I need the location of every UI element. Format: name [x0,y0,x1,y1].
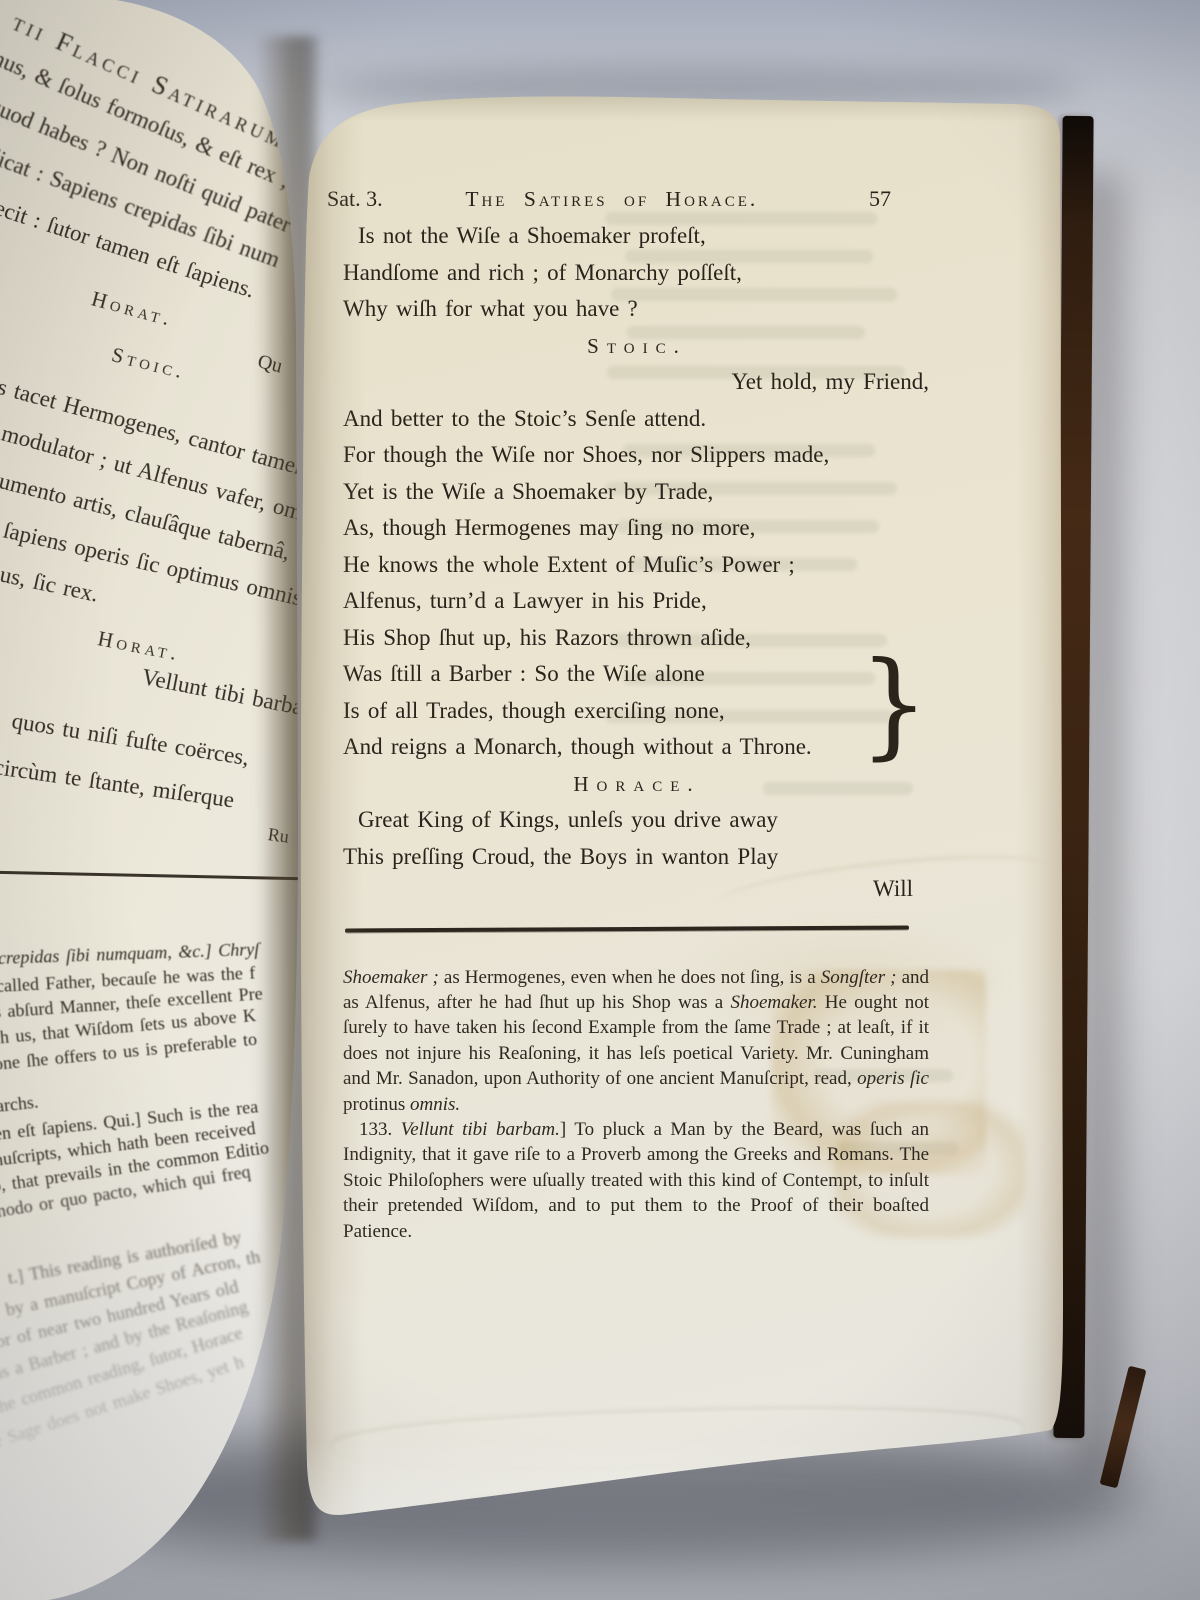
verse-line: Was ſtill a Barber : So the Wiſe alone [343,656,931,693]
footnote-italic-text: Vellunt tibi barbam. [401,1119,560,1140]
verse-line: Yet hold, my Friend, [343,364,931,401]
running-title: The Satires of Horace. [383,187,841,212]
footnote-rule [345,926,909,932]
footnote-italic-text: omnis. [410,1094,460,1115]
footnote-italic-text: Songſter ; [821,967,897,988]
verse-line: He knows the whole Extent of Muſic’s Pow… [343,547,931,584]
footnote-paragraph: 133. Vellunt tibi barbam.] To pluck a Ma… [343,1117,929,1244]
verse-block: Is not the Wiſe a Shoemaker profeſt,Hand… [343,218,931,875]
fore-edge-shading [1017,94,1065,1534]
footnote-text: as Hermogenes, even when he does not ſin… [439,967,821,988]
right-page-text: Sat. 3. The Satires of Horace. 57 Is not… [343,186,931,1244]
verse-line: His Shop ſhut up, his Razors thrown aſid… [343,620,931,657]
verse-line: This preſſing Croud, the Boys in wanton … [343,839,931,876]
footnote-italic-text: operis ſic [857,1068,929,1089]
verse-line: Is not the Wiſe a Shoemaker profeſt, [343,218,931,255]
verse-line: Yet is the Wiſe a Shoemaker by Trade, [343,474,931,511]
speaker-heading: Stoic. [343,328,931,365]
verse-line: Why wiſh for what you have ? [343,291,931,328]
verse-line: And reigns a Monarch, though without a T… [343,729,931,766]
right-page: Sat. 3. The Satires of Horace. 57 Is not… [293,94,1065,1534]
catchword: Will [343,876,931,902]
speaker-heading: Horace. [343,766,931,803]
left-page-line: Stoic. [109,342,188,385]
footnote-paragraph: Shoemaker ; as Hermogenes, even when he … [343,965,929,1117]
footnotes-block: Shoemaker ; as Hermogenes, even when he … [343,965,929,1244]
verse-line: For though the Wiſe nor Shoes, nor Slipp… [343,437,931,474]
footnote-italic-text: Shoemaker. [730,992,817,1013]
verse-line: Handſome and rich ; of Monarchy poſſeſt, [343,255,931,292]
footnote-text: 133. [359,1119,401,1140]
verse-line: As, though Hermogenes may ſing no more, [343,510,931,547]
verse-line: Alfenus, turn’d a Lawyer in his Pride, [343,583,931,620]
photo-of-open-antique-book: tii Flacci Satirarumnus, & ſolus formoſu… [0,0,1200,1600]
verse-line: Great King of Kings, unleſs you drive aw… [343,802,931,839]
left-page-line: lus, ſic rex. [0,560,101,608]
left-page-line: Horat. [89,286,176,332]
left-page-line: archs. [0,1092,39,1117]
verse-line: And better to the Stoic’s Senſe attend. [343,401,931,438]
page-header: Sat. 3. The Satires of Horace. 57 [327,186,919,212]
left-page-line: Horat. [96,626,183,666]
verse-brace: } [859,646,929,762]
verse-line: Is of all Trades, though exerciſing none… [343,693,931,730]
page-number: 57 [841,186,919,212]
